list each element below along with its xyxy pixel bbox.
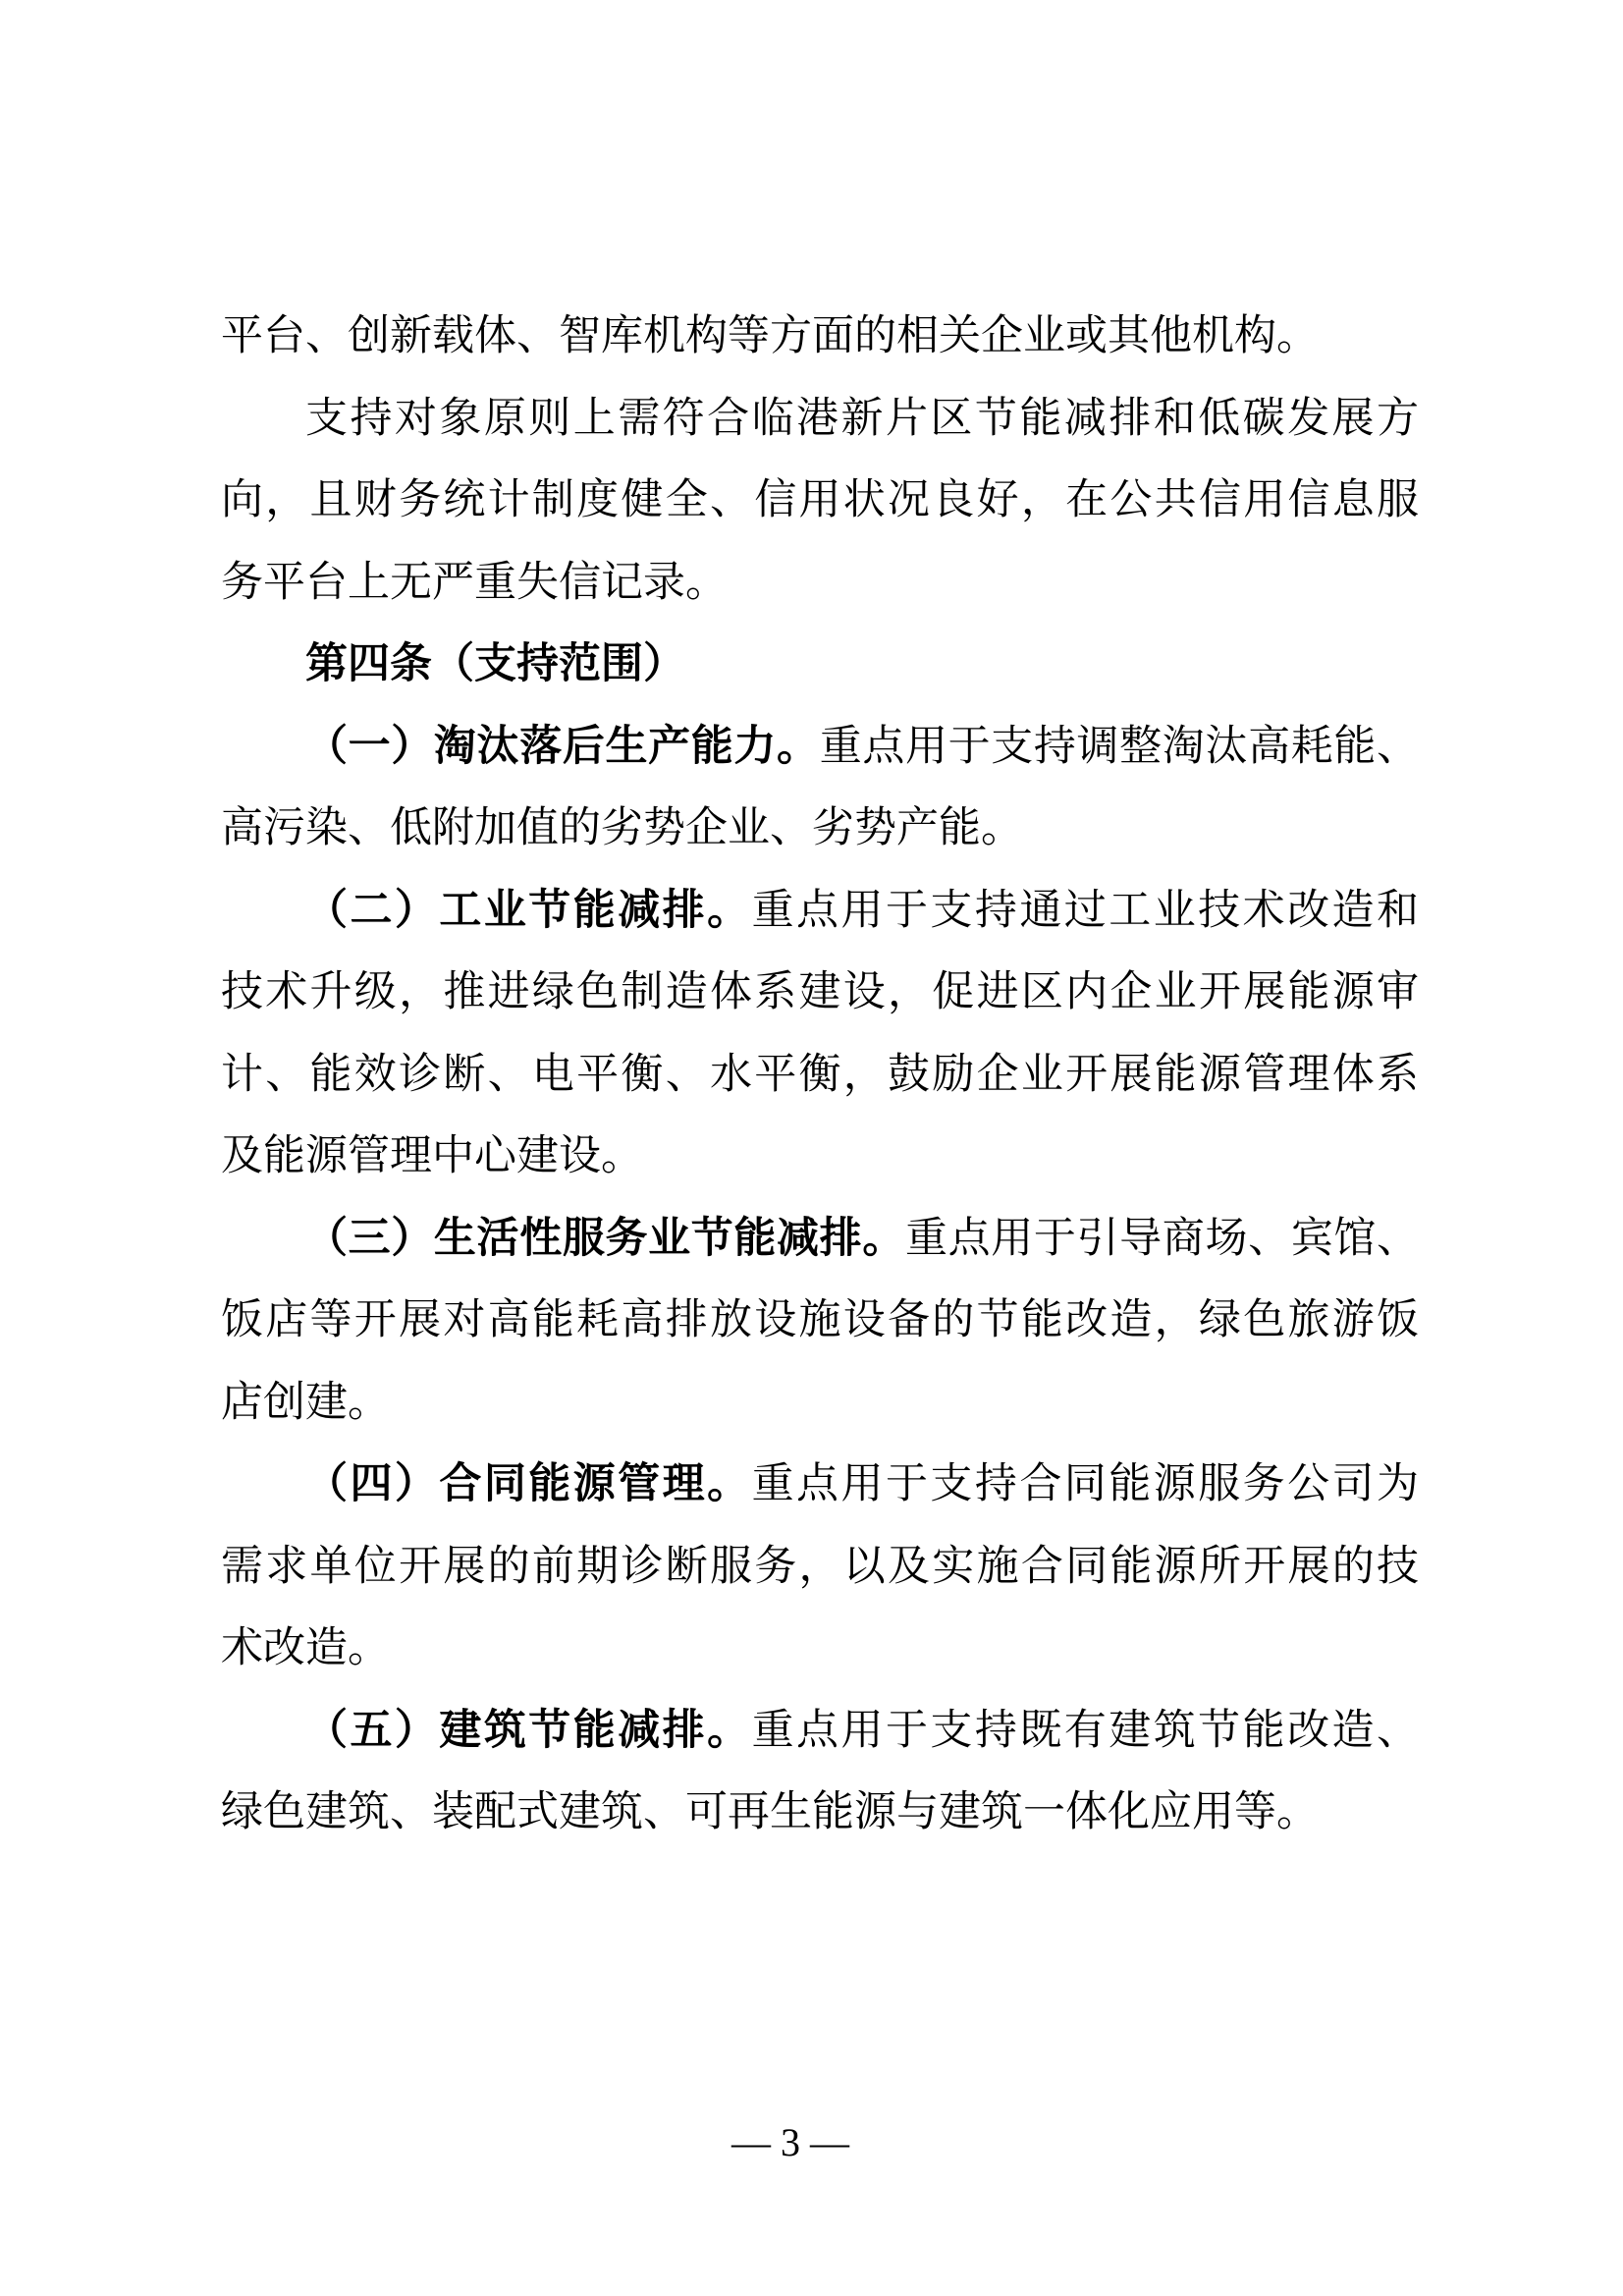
line-text: 重点用于引导商场、宾馆、 [905, 1216, 1419, 1262]
line-text: 支持对象原则上需符合临港新片区节能减排和低碳发展方 [305, 396, 1419, 442]
line-bold-lead: （四）合同能源管理。 [305, 1461, 752, 1507]
line-text: 店创建。 [221, 1380, 390, 1426]
text-line: 技术升级，推进绿色制造体系建设，促进区内企业开展能源审 [221, 952, 1419, 1034]
text-line: （三）生活性服务业节能减排。重点用于引导商场、宾馆、 [221, 1198, 1419, 1281]
text-line: 术改造。 [221, 1608, 1419, 1690]
line-bold-lead: 第四条（支持范围） [305, 641, 685, 687]
text-line: （一）淘汰落后生产能力。重点用于支持调整淘汰高耗能、 [221, 706, 1419, 789]
text-line: 需求单位开展的前期诊断服务，以及实施合同能源所开展的技 [221, 1526, 1419, 1609]
line-bold-lead: （二）工业节能减排。 [305, 888, 752, 934]
line-text: 计、能效诊断、电平衡、水平衡，鼓励企业开展能源管理体系 [221, 1052, 1419, 1098]
text-line: 向，且财务统计制度健全、信用状况良好，在公共信用信息服 [221, 460, 1419, 542]
text-line: 及能源管理中心建设。 [221, 1116, 1419, 1198]
line-bold-lead: （一）淘汰落后生产能力。 [305, 724, 820, 770]
text-line: 饭店等开展对高能耗高排放设施设备的节能改造，绿色旅游饭 [221, 1280, 1419, 1362]
text-line: 务平台上无严重失信记录。 [221, 542, 1419, 625]
text-line: 平台、创新载体、智库机构等方面的相关企业或其他机构。 [221, 296, 1419, 378]
line-text: 平台、创新载体、智库机构等方面的相关企业或其他机构。 [221, 313, 1319, 359]
line-text: 需求单位开展的前期诊断服务，以及实施合同能源所开展的技 [221, 1544, 1419, 1590]
line-text: 务平台上无严重失信记录。 [221, 560, 728, 606]
text-line: 绿色建筑、装配式建筑、可再生能源与建筑一体化应用等。 [221, 1772, 1419, 1854]
text-line: （五）建筑节能减排。重点用于支持既有建筑节能改造、 [221, 1690, 1419, 1773]
document-page: 平台、创新载体、智库机构等方面的相关企业或其他机构。支持对象原则上需符合临港新片… [0, 0, 1623, 2296]
text-line: 计、能效诊断、电平衡、水平衡，鼓励企业开展能源管理体系 [221, 1034, 1419, 1117]
line-bold-lead: （五）建筑节能减排。 [305, 1708, 752, 1754]
text-line: （四）合同能源管理。重点用于支持合同能源服务公司为 [221, 1444, 1419, 1526]
line-text: 向，且财务统计制度健全、信用状况良好，在公共信用信息服 [221, 477, 1419, 523]
line-text: 术改造。 [221, 1625, 390, 1671]
line-text: 及能源管理中心建设。 [221, 1133, 643, 1179]
line-bold-lead: （三）生活性服务业节能减排。 [305, 1216, 905, 1262]
line-text: 高污染、低附加值的劣势企业、劣势产能。 [221, 805, 1023, 851]
text-line: （二）工业节能减排。重点用于支持通过工业技术改造和 [221, 870, 1419, 953]
text-line: 高污染、低附加值的劣势企业、劣势产能。 [221, 788, 1419, 870]
line-text: 重点用于支持调整淘汰高耗能、 [820, 724, 1419, 770]
line-text: 技术升级，推进绿色制造体系建设，促进区内企业开展能源审 [221, 969, 1419, 1015]
text-line: 店创建。 [221, 1362, 1419, 1445]
line-text: 饭店等开展对高能耗高排放设施设备的节能改造，绿色旅游饭 [221, 1297, 1419, 1343]
page-footer: — 3 — [0, 2102, 1581, 2184]
page-number: — 3 — [731, 2120, 849, 2164]
text-line: 第四条（支持范围） [221, 624, 1419, 706]
document-body: 平台、创新载体、智库机构等方面的相关企业或其他机构。支持对象原则上需符合临港新片… [221, 296, 1419, 1854]
line-text: 绿色建筑、装配式建筑、可再生能源与建筑一体化应用等。 [221, 1789, 1319, 1835]
line-text: 重点用于支持合同能源服务公司为 [752, 1461, 1419, 1507]
line-text: 重点用于支持既有建筑节能改造、 [752, 1708, 1419, 1754]
line-text: 重点用于支持通过工业技术改造和 [752, 888, 1419, 934]
text-line: 支持对象原则上需符合临港新片区节能减排和低碳发展方 [221, 378, 1419, 461]
